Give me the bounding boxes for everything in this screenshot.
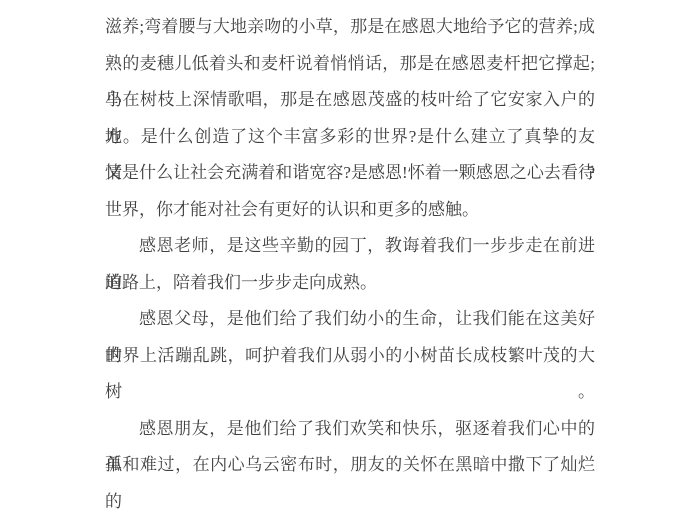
paragraph-friends: 感恩朋友，是他们给了我们欢笑和快乐，驱逐着我们心中的孤 单和难过，在内心乌云密布… — [105, 411, 595, 471]
document-text-block: 滋养;弯着腰与大地亲吻的小草，那是在感恩大地给予它的营养;成 熟的麦穗儿低着头和… — [105, 9, 595, 470]
text-line: 世界上活蹦乱跳，呵护着我们从弱小的小树苗长成枝繁叶茂的大树。 — [105, 338, 595, 375]
document-page: 滋养;弯着腰与大地亲吻的小草，那是在感恩大地给予它的营养;成 熟的麦穗儿低着头和… — [0, 0, 700, 470]
text-line: 道路上，陪着我们一步步走向成熟。 — [105, 265, 595, 302]
paragraph-parents: 感恩父母，是他们给了我们幼小的生命，让我们能在这美好的 世界上活蹦乱跳，呵护着我… — [105, 301, 595, 374]
text-line: 单和难过，在内心乌云密布时，朋友的关怀在黑暗中撒下了灿烂的 — [105, 447, 595, 470]
paragraph-teachers: 感恩老师，是这些辛勤的园丁，教诲着我们一步步走在前进的 道路上，陪着我们一步步走… — [105, 228, 595, 301]
text-line: 世界，你才能对社会有更好的认识和更多的感触。 — [105, 192, 595, 229]
text-line: 又是什么让社会充满着和谐宽容?是感恩!怀着一颗感恩之心去看待 — [105, 155, 595, 192]
text-line: 滋养;弯着腰与大地亲吻的小草，那是在感恩大地给予它的营养;成 — [105, 9, 595, 46]
text-line: 鸟在树枝上深情歌唱，那是在感恩茂盛的枝叶给了它安家入户的地 — [105, 82, 595, 119]
text-line: 感恩老师，是这些辛勤的园丁，教诲着我们一步步走在前进的 — [105, 228, 595, 265]
text-line: 熟的麦穗儿低着头和麦杆说着悄悄话，那是在感恩麦杆把它撑起;小 — [105, 46, 595, 83]
paragraph-intro: 滋养;弯着腰与大地亲吻的小草，那是在感恩大地给予它的营养;成 熟的麦穗儿低着头和… — [105, 9, 595, 228]
text-line: 感恩父母，是他们给了我们幼小的生命，让我们能在这美好的 — [105, 301, 595, 338]
text-line: 方。是什么创造了这个丰富多彩的世界?是什么建立了真挚的友情? — [105, 119, 595, 156]
text-line: 感恩朋友，是他们给了我们欢笑和快乐，驱逐着我们心中的孤 — [105, 411, 595, 448]
